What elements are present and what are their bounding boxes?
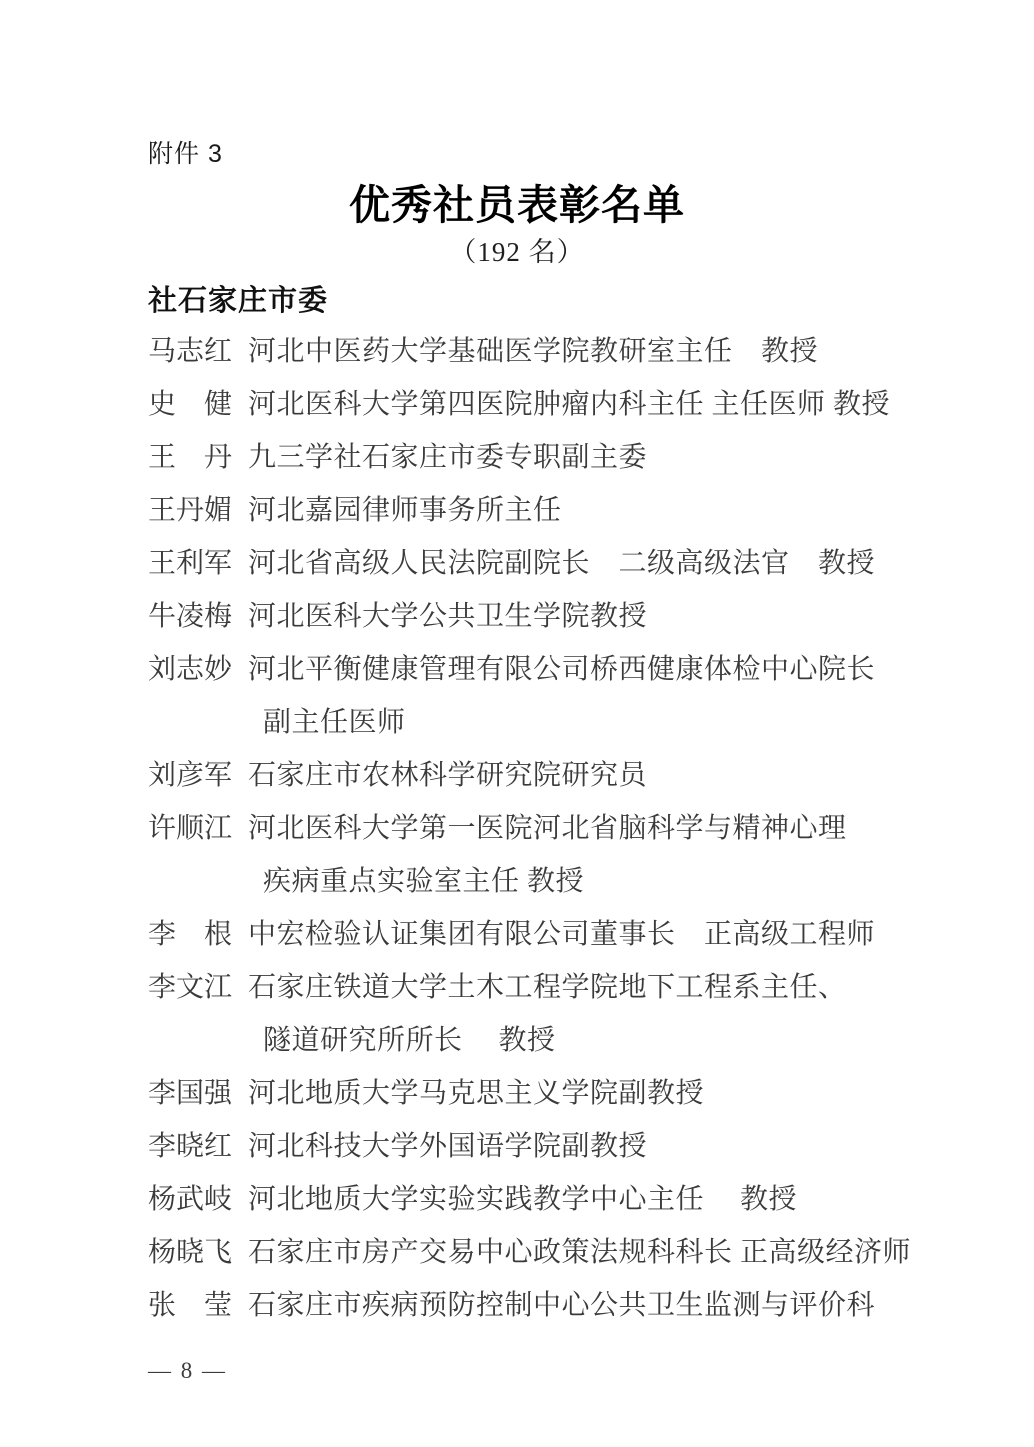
section-heading: 社石家庄市委 bbox=[148, 278, 328, 319]
person-description: 石家庄市疾病预防控制中心公共卫生监测与评价科 bbox=[248, 1279, 944, 1332]
person-name: 刘志妙 bbox=[148, 643, 248, 696]
person-name: 牛凌梅 bbox=[148, 590, 248, 643]
list-item: 刘志妙 河北平衡健康管理有限公司桥西健康体检中心院长副主任医师 bbox=[148, 643, 944, 749]
description-line: 河北中医药大学基础医学院教研室主任 教授 bbox=[248, 325, 944, 378]
person-name: 王利军 bbox=[148, 537, 248, 590]
award-list: 马志红 河北中医药大学基础医学院教研室主任 教授 史 健 河北医科大学第四医院肿… bbox=[148, 325, 944, 1332]
person-description: 河北地质大学实验实践教学中心主任 教授 bbox=[248, 1173, 944, 1226]
description-line: 石家庄市农林科学研究院研究员 bbox=[248, 749, 944, 802]
person-description: 石家庄市房产交易中心政策法规科科长 正高级经济师 bbox=[248, 1226, 944, 1279]
person-description: 河北科技大学外国语学院副教授 bbox=[248, 1120, 944, 1173]
person-name: 李文江 bbox=[148, 961, 248, 1014]
person-description: 河北省高级人民法院副院长 二级高级法官 教授 bbox=[248, 537, 944, 590]
list-item: 李晓红 河北科技大学外国语学院副教授 bbox=[148, 1120, 944, 1173]
description-line: 石家庄市疾病预防控制中心公共卫生监测与评价科 bbox=[248, 1279, 944, 1332]
person-description: 石家庄铁道大学土木工程学院地下工程系主任、隧道研究所所长 教授 bbox=[248, 961, 944, 1067]
list-item: 史 健 河北医科大学第四医院肿瘤内科主任 主任医师 教授 bbox=[148, 378, 944, 431]
description-continuation-line: 隧道研究所所长 教授 bbox=[248, 1014, 944, 1067]
person-description: 中宏检验认证集团有限公司董事长 正高级工程师 bbox=[248, 908, 944, 961]
description-line: 河北平衡健康管理有限公司桥西健康体检中心院长 bbox=[248, 643, 944, 696]
person-description: 河北医科大学第一医院河北省脑科学与精神心理疾病重点实验室主任 教授 bbox=[248, 802, 944, 908]
list-item: 王丹媚 河北嘉园律师事务所主任 bbox=[148, 484, 944, 537]
person-description: 石家庄市农林科学研究院研究员 bbox=[248, 749, 944, 802]
person-name: 李晓红 bbox=[148, 1120, 248, 1173]
list-item: 马志红 河北中医药大学基础医学院教研室主任 教授 bbox=[148, 325, 944, 378]
person-name: 刘彦军 bbox=[148, 749, 248, 802]
list-item: 杨晓飞 石家庄市房产交易中心政策法规科科长 正高级经济师 bbox=[148, 1226, 944, 1279]
list-item: 牛凌梅 河北医科大学公共卫生学院教授 bbox=[148, 590, 944, 643]
person-description: 河北地质大学马克思主义学院副教授 bbox=[248, 1067, 944, 1120]
list-item: 杨武岐 河北地质大学实验实践教学中心主任 教授 bbox=[148, 1173, 944, 1226]
person-description: 河北医科大学第四医院肿瘤内科主任 主任医师 教授 bbox=[248, 378, 944, 431]
page-number: — 8 — bbox=[148, 1358, 227, 1384]
person-name: 许顺江 bbox=[148, 802, 248, 855]
description-line: 九三学社石家庄市委专职副主委 bbox=[248, 431, 944, 484]
description-line: 石家庄市房产交易中心政策法规科科长 正高级经济师 bbox=[248, 1226, 944, 1279]
list-item: 刘彦军 石家庄市农林科学研究院研究员 bbox=[148, 749, 944, 802]
person-name: 杨晓飞 bbox=[148, 1226, 248, 1279]
person-name: 李国强 bbox=[148, 1067, 248, 1120]
description-continuation-line: 副主任医师 bbox=[248, 696, 944, 749]
person-description: 河北嘉园律师事务所主任 bbox=[248, 484, 944, 537]
list-item: 李文江 石家庄铁道大学土木工程学院地下工程系主任、隧道研究所所长 教授 bbox=[148, 961, 944, 1067]
description-line: 河北省高级人民法院副院长 二级高级法官 教授 bbox=[248, 537, 944, 590]
person-name: 史 健 bbox=[148, 378, 248, 431]
person-description: 九三学社石家庄市委专职副主委 bbox=[248, 431, 944, 484]
list-item: 许顺江 河北医科大学第一医院河北省脑科学与精神心理疾病重点实验室主任 教授 bbox=[148, 802, 944, 908]
description-line: 河北地质大学马克思主义学院副教授 bbox=[248, 1067, 944, 1120]
person-description: 河北中医药大学基础医学院教研室主任 教授 bbox=[248, 325, 944, 378]
list-item: 李国强 河北地质大学马克思主义学院副教授 bbox=[148, 1067, 944, 1120]
list-item: 王利军 河北省高级人民法院副院长 二级高级法官 教授 bbox=[148, 537, 944, 590]
description-line: 河北地质大学实验实践教学中心主任 教授 bbox=[248, 1173, 944, 1226]
person-name: 张 莹 bbox=[148, 1279, 248, 1332]
description-continuation-line: 疾病重点实验室主任 教授 bbox=[248, 855, 944, 908]
person-name: 杨武岐 bbox=[148, 1173, 248, 1226]
page-title: 优秀社员表彰名单 bbox=[0, 172, 1034, 231]
attachment-label: 附件 3 bbox=[148, 134, 223, 170]
person-name: 李 根 bbox=[148, 908, 248, 961]
person-name: 马志红 bbox=[148, 325, 248, 378]
person-description: 河北医科大学公共卫生学院教授 bbox=[248, 590, 944, 643]
person-name: 王 丹 bbox=[148, 431, 248, 484]
description-line: 中宏检验认证集团有限公司董事长 正高级工程师 bbox=[248, 908, 944, 961]
document-page: 附件 3 优秀社员表彰名单 （192 名） 社石家庄市委 马志红 河北中医药大学… bbox=[0, 0, 1034, 1447]
person-name: 王丹媚 bbox=[148, 484, 248, 537]
list-item: 李 根 中宏检验认证集团有限公司董事长 正高级工程师 bbox=[148, 908, 944, 961]
list-item: 王 丹 九三学社石家庄市委专职副主委 bbox=[148, 431, 944, 484]
person-description: 河北平衡健康管理有限公司桥西健康体检中心院长副主任医师 bbox=[248, 643, 944, 749]
description-line: 河北科技大学外国语学院副教授 bbox=[248, 1120, 944, 1173]
description-line: 河北医科大学第一医院河北省脑科学与精神心理 bbox=[248, 802, 944, 855]
page-subtitle-count: （192 名） bbox=[0, 230, 1034, 269]
description-line: 河北医科大学第四医院肿瘤内科主任 主任医师 教授 bbox=[248, 378, 944, 431]
description-line: 石家庄铁道大学土木工程学院地下工程系主任、 bbox=[248, 961, 944, 1014]
list-item: 张 莹 石家庄市疾病预防控制中心公共卫生监测与评价科 bbox=[148, 1279, 944, 1332]
description-line: 河北嘉园律师事务所主任 bbox=[248, 484, 944, 537]
description-line: 河北医科大学公共卫生学院教授 bbox=[248, 590, 944, 643]
